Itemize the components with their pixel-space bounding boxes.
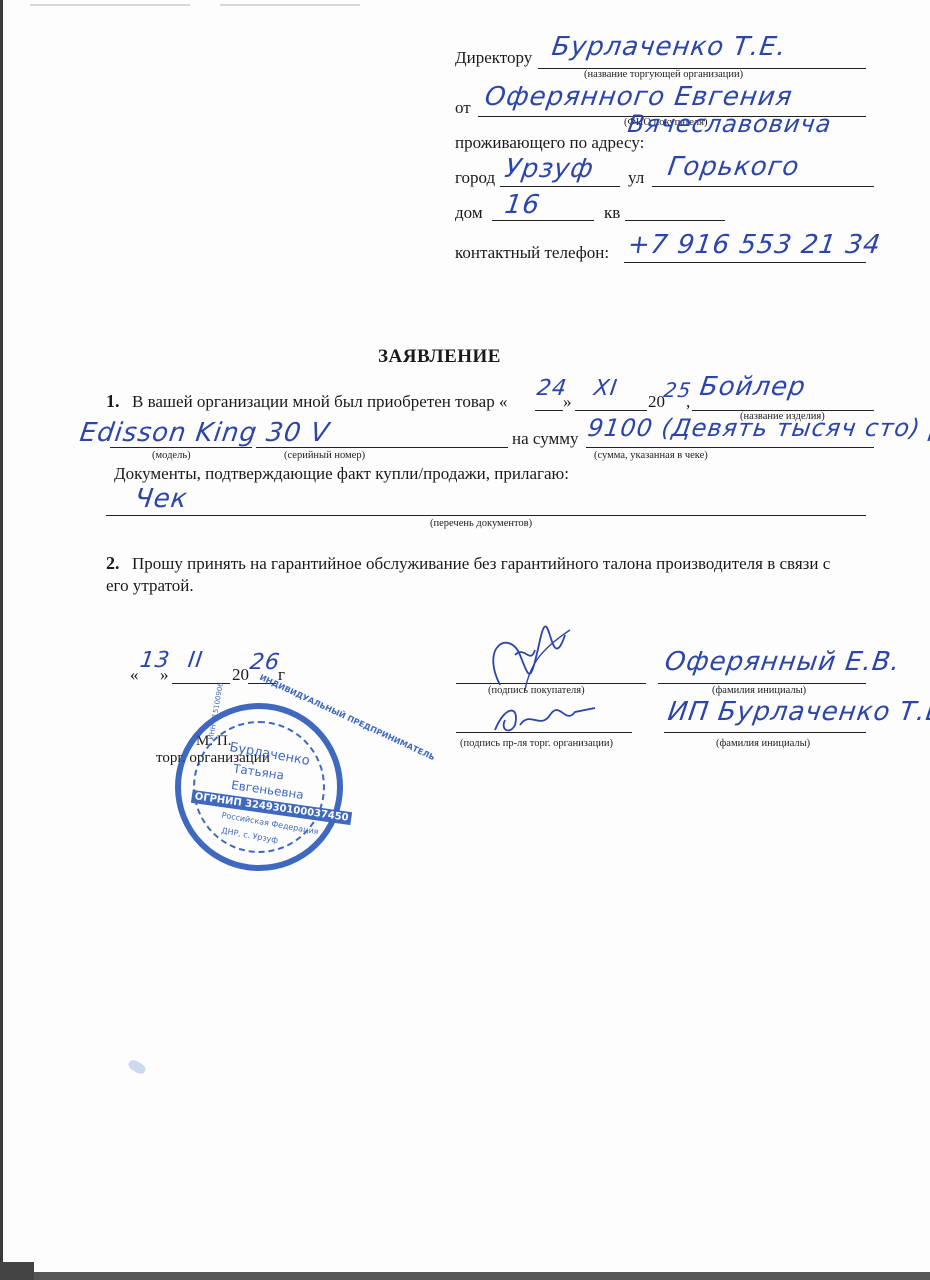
seller-signature-caption: (подпись пр-ля торг. организации)	[460, 738, 613, 749]
scan-smudge	[30, 4, 190, 6]
sum-line	[586, 447, 874, 448]
house-label: дом	[455, 203, 483, 223]
docs-value: Чек	[133, 484, 190, 514]
phone-value: +7 916 553 21 34	[626, 230, 883, 260]
buyer-name-value: Оферянный Е.В.	[663, 647, 903, 677]
docs-line	[106, 515, 866, 516]
company-stamp: ИНДИВИДУАЛЬНЫЙ ПРЕДПРИНИМАТЕЛЬ Бурлаченк…	[175, 703, 343, 871]
city-label: город	[455, 168, 495, 188]
apt-label: кв	[604, 203, 620, 223]
section-2-text-line2: его утратой.	[106, 576, 194, 596]
scan-edge-bottom	[0, 1272, 930, 1280]
section-2-text-line1: Прошу принять на гарантийное обслуживани…	[132, 554, 830, 574]
ink-mark	[127, 1058, 148, 1076]
serial-line	[256, 447, 508, 448]
sum-label: на сумму	[512, 429, 579, 449]
apt-line	[625, 220, 725, 221]
section-1-text: В вашей организации мной был приобретен …	[132, 392, 507, 412]
seller-name-value: ИП Бурлаченко Т.Е.	[666, 697, 930, 727]
buyer-signature-caption: (подпись покупателя)	[488, 685, 585, 696]
sum-caption: (сумма, указанная в чеке)	[594, 450, 708, 461]
scan-edge-left	[0, 0, 3, 1280]
scan-smudge	[220, 4, 360, 6]
director-label: Директору	[455, 48, 532, 68]
from-value-line2: Вячеславовича	[626, 110, 833, 138]
director-value: Бурлаченко Т.Е.	[550, 32, 789, 62]
date-close: »	[160, 665, 169, 685]
model-caption: (модель)	[152, 450, 191, 461]
section-1-number: 1.	[106, 391, 120, 412]
day-line	[535, 410, 563, 411]
street-label: ул	[628, 168, 644, 188]
phone-line	[624, 262, 866, 263]
street-line	[652, 186, 874, 187]
city-value: Урзуф	[503, 154, 596, 184]
buyer-name-line	[658, 683, 866, 684]
docs-caption: (перечень документов)	[430, 518, 532, 529]
director-caption: (название торгующей организации)	[584, 69, 743, 80]
house-line	[492, 220, 594, 221]
scan-corner	[0, 1262, 34, 1280]
date-year-prefix: 20	[232, 665, 249, 685]
date-open: «	[130, 665, 139, 685]
purchase-month: XI	[592, 376, 619, 401]
seller-name-caption: (фамилия инициалы)	[716, 738, 810, 749]
section-2-number: 2.	[106, 553, 120, 574]
product-value: Бойлер	[698, 372, 808, 402]
month-line	[575, 410, 647, 411]
seller-signature	[485, 700, 605, 740]
date-year: 26	[248, 650, 282, 675]
city-line	[500, 186, 620, 187]
docs-text: Документы, подтверждающие факт купли/про…	[114, 464, 569, 484]
seller-name-line	[664, 732, 866, 733]
date-month: II	[186, 648, 204, 673]
quote-close: »	[563, 392, 572, 412]
buyer-name-caption: (фамилия инициалы)	[712, 685, 806, 696]
sum-value: 9100 (Девять тысяч сто) руб	[586, 414, 930, 442]
model-value: Edisson King 30 V	[78, 418, 332, 448]
street-value: Горького	[666, 152, 802, 182]
phone-label: контактный телефон:	[455, 243, 609, 263]
from-value-line1: Оферянного Евгения	[483, 82, 795, 112]
serial-caption: (серийный номер)	[284, 450, 365, 461]
address-label: проживающего по адресу:	[455, 133, 644, 153]
from-label: от	[455, 98, 471, 118]
house-value: 16	[503, 190, 542, 220]
document-title: ЗАЯВЛЕНИЕ	[378, 346, 501, 368]
comma: ,	[686, 392, 690, 412]
